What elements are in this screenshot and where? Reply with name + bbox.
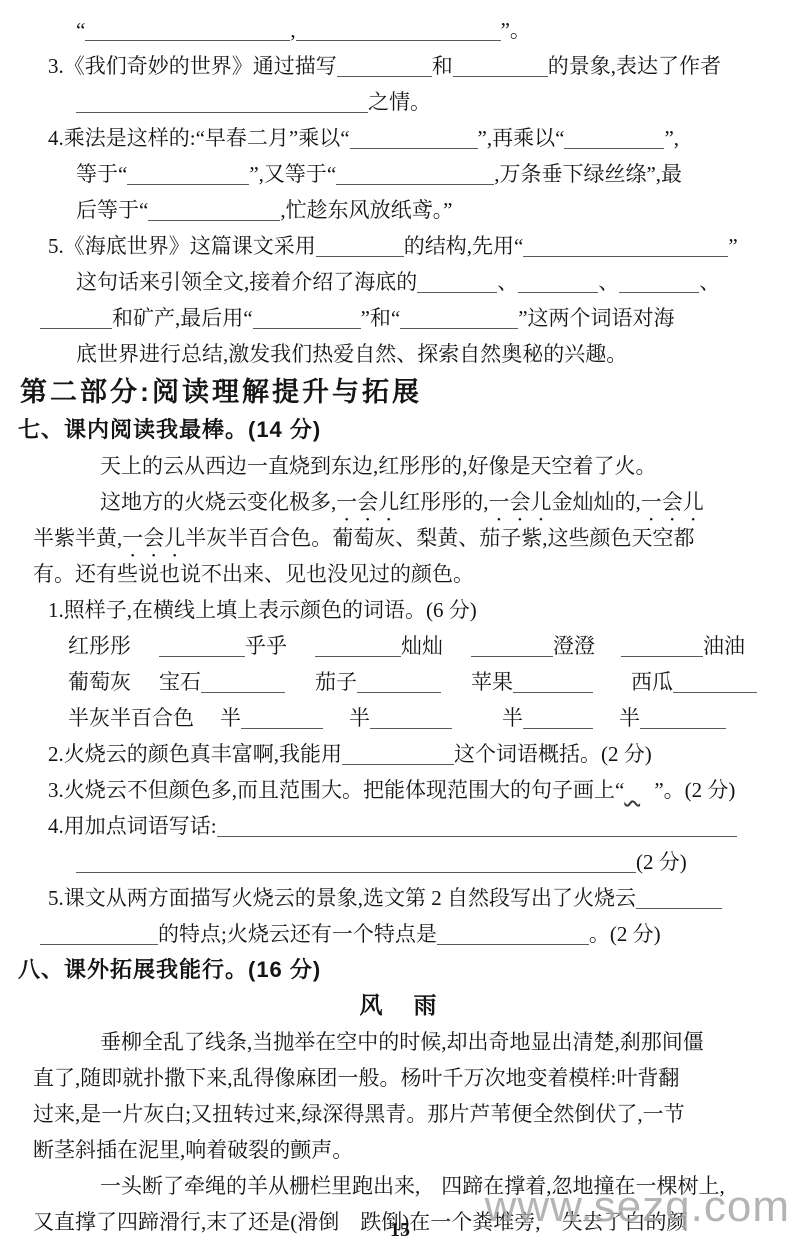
passage-line: 断茎斜插在泥里,响着破裂的颤声。	[33, 1132, 800, 1168]
text-run: 。(2 分)	[589, 922, 661, 946]
fill-in-blank[interactable]	[148, 205, 280, 221]
spacer	[194, 723, 220, 725]
text-run: 这个词语概括。(2 分)	[454, 742, 652, 766]
text-run: 风 雨	[360, 993, 441, 1018]
fill-in-blank[interactable]	[640, 713, 726, 729]
page-footer: 15	[0, 1219, 800, 1242]
wavy-line-mark	[624, 772, 654, 808]
text-run: 半	[220, 706, 241, 730]
question-continuation-line: 和矿产,最后用“”和“”这两个词语对海	[40, 300, 800, 336]
fill-in-blank[interactable]	[370, 713, 452, 729]
spacer	[595, 651, 621, 653]
passage-line: 垂柳全乱了线条,当抛举在空中的时候,却出奇地显出清楚,刹那间僵	[100, 1024, 800, 1060]
fill-in-blank[interactable]	[336, 169, 494, 185]
emphasis-dotted-text: 一会儿	[336, 490, 399, 514]
fill-in-blank[interactable]	[342, 749, 454, 765]
fill-in-blank[interactable]	[159, 641, 245, 657]
text-run: ”,再乘以“	[478, 126, 565, 150]
section-8-header: 八、课外拓展我能行。(16 分)	[18, 952, 800, 988]
fill-in-blank[interactable]	[621, 641, 703, 657]
fill-in-blank[interactable]	[453, 61, 548, 77]
fill-in-blank[interactable]	[513, 677, 593, 693]
fill-in-blank[interactable]	[85, 25, 290, 41]
fill-in-blank[interactable]	[76, 97, 368, 113]
text-run: 红彤彤	[68, 634, 131, 658]
text-run: 天上的云从西边一直烧到东边,红彤彤的,好像是天空着了火。	[100, 454, 657, 478]
fill-in-row: 红彤彤乎乎灿灿澄澄油油	[68, 628, 800, 664]
fill-in-row: 半灰半百合色半半半半	[68, 700, 800, 736]
emphasis-dotted-text: 一会儿	[122, 526, 185, 550]
fill-in-blank[interactable]	[417, 277, 497, 293]
worksheet-page: “,”。3.《我们奇妙的世界》通过描写和的景象,表达了作者之情。4.乘法是这样的…	[0, 0, 800, 1240]
text-run: 4.乘法是这样的:“早春二月”乘以“	[48, 126, 350, 150]
question-line: 1.照样子,在横线上填上表示颜色的词语。(6 分)	[48, 592, 800, 628]
fill-in-blank[interactable]	[241, 713, 323, 729]
passage-line: 直了,随即就扑撒下来,乱得像麻团一般。杨叶千万次地变着模样:叶背翻	[33, 1060, 800, 1096]
question-line: 4.乘法是这样的:“早春二月”乘以“”,再乘以“”,	[48, 120, 800, 156]
text-run: ”	[728, 234, 737, 258]
question-continuation-line: (2 分)	[76, 844, 800, 880]
text-run: 红彤彤的,	[399, 490, 488, 514]
text-run: 宝石	[159, 670, 201, 694]
question-line: 4.用加点词语写话:	[48, 808, 800, 844]
fill-in-blank[interactable]	[76, 857, 636, 873]
question-line: 5.《海底世界》这篇课文采用的结构,先用“”	[48, 228, 800, 264]
fill-in-blank[interactable]	[673, 677, 757, 693]
text-run: 这地方的火烧云变化极多,	[100, 490, 336, 514]
text-run: 5.《海底世界》这篇课文采用	[48, 234, 316, 258]
text-run: ”。(2 分)	[654, 778, 735, 802]
spacer	[593, 687, 631, 689]
text-run: 断茎斜插在泥里,响着破裂的颤声。	[33, 1138, 353, 1162]
text-run: 、	[497, 270, 518, 294]
text-run: 第二部分:阅读理解提升与拓展	[20, 377, 422, 407]
fill-in-blank[interactable]	[636, 893, 722, 909]
text-run: 2.火烧云的颜色真丰富啊,我能用	[48, 742, 342, 766]
text-run: 一头断了牵绳的羊从栅栏里跑出来, 四蹄在撑着,忽地撞在一棵树上,	[100, 1174, 725, 1198]
fill-in-blank[interactable]	[564, 133, 664, 149]
fill-in-blank[interactable]	[40, 313, 112, 329]
question-continuation-line: 的特点;火烧云还有一个特点是。(2 分)	[40, 916, 800, 952]
spacer	[593, 723, 619, 725]
text-run: 之情。	[368, 90, 431, 114]
question-continuation-line: 后等于“,忙趁东风放纸鸢。”	[76, 192, 800, 228]
text-run: 垂柳全乱了线条,当抛举在空中的时候,却出奇地显出清楚,刹那间僵	[100, 1030, 704, 1054]
question-continuation-line: “,”。	[76, 12, 800, 48]
question-continuation-line: 等于“”,又等于“,万条垂下绿丝绦”,最	[76, 156, 800, 192]
fill-in-blank[interactable]	[350, 133, 478, 149]
fill-in-blank[interactable]	[315, 641, 401, 657]
text-run: 七、课内阅读我最棒。(14 分)	[18, 417, 321, 442]
page-number: 15	[390, 1219, 410, 1241]
text-run: 底世界进行总结,激发我们热爱自然、探索自然奥秘的兴趣。	[76, 342, 627, 366]
text-run: 半灰半百合色。葡萄灰、梨黄、茄子紫,这些颜色天空都	[185, 526, 694, 550]
text-run: 、	[699, 270, 720, 294]
question-continuation-line: 这句话来引领全文,接着介绍了海底的、、、	[76, 264, 800, 300]
emphasis-dotted-text: 一会儿	[489, 490, 552, 514]
text-run: ”。	[501, 18, 531, 42]
emphasis-dotted-text: 一会儿	[641, 490, 704, 514]
fill-in-blank[interactable]	[619, 277, 699, 293]
passage-line: 这地方的火烧云变化极多,一会儿红彤彤的,一会儿金灿灿的,一会儿	[100, 484, 800, 520]
text-run: ,忙趁东风放纸鸢。”	[280, 198, 452, 222]
text-run: 八、课外拓展我能行。(16 分)	[18, 957, 321, 982]
exam-page: { "page": { "number": "15", "watermark":…	[0, 0, 800, 1254]
spacer	[441, 687, 471, 689]
text-run: ”这两个词语对海	[518, 306, 674, 330]
text-run: ”和“	[361, 306, 401, 330]
spacer	[131, 651, 159, 653]
question-line: 2.火烧云的颜色真丰富啊,我能用这个词语概括。(2 分)	[48, 736, 800, 772]
text-run: ”,又等于“	[249, 162, 336, 186]
text-run: 3.火烧云不但颜色多,而且范围大。把能体现范围大的句子画上“	[48, 778, 624, 802]
text-run: 和	[432, 54, 453, 78]
fill-in-blank[interactable]	[40, 929, 158, 945]
question-line: 3.《我们奇妙的世界》通过描写和的景象,表达了作者	[48, 48, 800, 84]
passage-line: 一头断了牵绳的羊从栅栏里跑出来, 四蹄在撑着,忽地撞在一棵树上,	[100, 1168, 800, 1204]
fill-in-blank[interactable]	[523, 241, 728, 257]
text-run: “	[76, 18, 85, 42]
text-run: 苹果	[471, 670, 513, 694]
spacer	[287, 651, 315, 653]
text-run: 的景象,表达了作者	[548, 54, 721, 78]
text-run: 过来,是一片灰白;又扭转过来,绿深得黑青。那片芦苇便全然倒伏了,一节	[33, 1102, 685, 1126]
text-run: 半	[502, 706, 523, 730]
passage-line: 过来,是一片灰白;又扭转过来,绿深得黑青。那片芦苇便全然倒伏了,一节	[33, 1096, 800, 1132]
text-run: 这句话来引领全文,接着介绍了海底的	[76, 270, 417, 294]
passage-line: 天上的云从西边一直烧到东边,红彤彤的,好像是天空着了火。	[100, 448, 800, 484]
text-run: 直了,随即就扑撒下来,乱得像麻团一般。杨叶千万次地变着模样:叶背翻	[33, 1066, 679, 1090]
text-run: 1.照样子,在横线上填上表示颜色的词语。(6 分)	[48, 598, 477, 622]
question-line: 5.课文从两方面描写火烧云的景象,选文第 2 自然段写出了火烧云	[48, 880, 800, 916]
fill-in-blank[interactable]	[217, 821, 737, 837]
text-run: 葡萄灰	[68, 670, 131, 694]
spacer	[131, 687, 159, 689]
text-run: 等于“	[76, 162, 127, 186]
text-run: 半紫半黄,	[33, 526, 122, 550]
text-run: 5.课文从两方面描写火烧云的景象,选文第 2 自然段写出了火烧云	[48, 886, 636, 910]
passage-line: 半紫半黄,一会儿半灰半百合色。葡萄灰、梨黄、茄子紫,这些颜色天空都	[33, 520, 800, 556]
spacer	[285, 687, 315, 689]
fill-in-blank[interactable]	[127, 169, 249, 185]
fill-in-blank[interactable]	[316, 241, 404, 257]
fill-in-blank[interactable]	[337, 61, 432, 77]
text-run: 油油	[703, 634, 745, 658]
fill-in-blank[interactable]	[296, 25, 501, 41]
part-2-section-header: 第二部分:阅读理解提升与拓展	[20, 372, 800, 412]
text-run: 的特点;火烧云还有一个特点是	[158, 922, 437, 946]
worksheet-content: “,”。3.《我们奇妙的世界》通过描写和的景象,表达了作者之情。4.乘法是这样的…	[0, 12, 800, 1240]
question-continuation-line: 底世界进行总结,激发我们热爱自然、探索自然奥秘的兴趣。	[76, 336, 800, 372]
fill-in-blank[interactable]	[518, 277, 598, 293]
text-run: 茄子	[315, 670, 357, 694]
section-7-header: 七、课内阅读我最棒。(14 分)	[18, 412, 800, 448]
text-run: 的结构,先用“	[404, 234, 524, 258]
fill-in-blank[interactable]	[357, 677, 441, 693]
reading-passage-title: 风 雨	[0, 988, 800, 1024]
spacer	[443, 651, 471, 653]
question-line: 3.火烧云不但颜色多,而且范围大。把能体现范围大的句子画上“ ”。(2 分)	[48, 772, 800, 808]
text-run: 澄澄	[553, 634, 595, 658]
fill-in-row: 葡萄灰宝石茄子苹果西瓜	[68, 664, 800, 700]
fill-in-blank[interactable]	[201, 677, 285, 693]
fill-in-blank[interactable]	[437, 929, 589, 945]
text-run: (2 分)	[636, 850, 687, 874]
text-run: 乎乎	[245, 634, 287, 658]
text-run: 4.用加点词语写话:	[48, 814, 217, 838]
text-run: 和矿产,最后用“	[112, 306, 253, 330]
text-run: 半	[349, 706, 370, 730]
fill-in-blank[interactable]	[400, 313, 518, 329]
text-run: 有。还有些说也说不出来、见也没见过的颜色。	[33, 562, 474, 586]
text-run: 、	[598, 270, 619, 294]
spacer	[452, 723, 502, 725]
text-run: 3.《我们奇妙的世界》通过描写	[48, 54, 337, 78]
text-run: 半	[619, 706, 640, 730]
passage-line: 有。还有些说也说不出来、见也没见过的颜色。	[33, 556, 800, 592]
text-run: 后等于“	[76, 198, 148, 222]
question-continuation-line: 之情。	[76, 84, 800, 120]
text-run: 半灰半百合色	[68, 706, 194, 730]
spacer	[323, 723, 349, 725]
fill-in-blank[interactable]	[471, 641, 553, 657]
fill-in-blank[interactable]	[253, 313, 361, 329]
text-run: 灿灿	[401, 634, 443, 658]
text-run: ,万条垂下绿丝绦”,最	[494, 162, 682, 186]
fill-in-blank[interactable]	[523, 713, 593, 729]
text-run: ”,	[664, 126, 679, 150]
text-run: 金灿灿的,	[552, 490, 641, 514]
text-run: 西瓜	[631, 670, 673, 694]
